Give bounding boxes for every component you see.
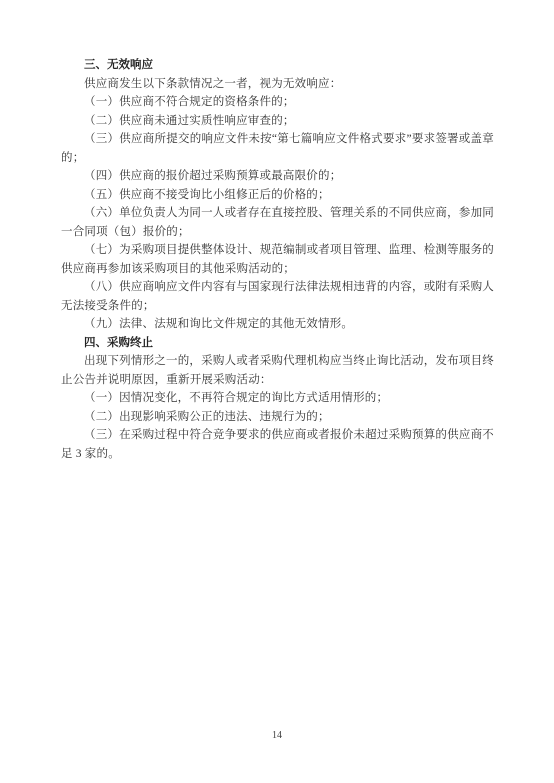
clause-item-3: （三）在采购过程中符合竞争要求的供应商或者报价未超过采购预算的供应商不足 3 家… xyxy=(61,426,494,463)
section-heading-invalid-response: 三、无效响应 xyxy=(61,56,494,75)
section-intro-paragraph: 出现下列情形之一的，采购人或者采购代理机构应当终止询比活动，发布项目终止公告并说… xyxy=(61,352,494,389)
document-page: 三、无效响应 供应商发生以下条款情况之一者，视为无效响应： （一）供应商不符合规… xyxy=(0,0,554,783)
clause-item-8: （八）供应商响应文件内容有与国家现行法律法规相违背的内容，或附有采购人无法接受条… xyxy=(61,278,494,315)
section-heading-procurement-termination: 四、采购终止 xyxy=(61,334,494,353)
document-content: 三、无效响应 供应商发生以下条款情况之一者，视为无效响应： （一）供应商不符合规… xyxy=(61,56,494,463)
clause-item-2: （二）供应商未通过实质性响应审查的； xyxy=(61,112,494,131)
section-intro-paragraph: 供应商发生以下条款情况之一者，视为无效响应： xyxy=(61,75,494,94)
clause-item-6: （六）单位负责人为同一人或者存在直接控股、管理关系的不同供应商，参加同一合同项（… xyxy=(61,204,494,241)
clause-item-3: （三）供应商所提交的响应文件未按“第七篇响应文件格式要求”要求签署或盖章的； xyxy=(61,130,494,167)
page-number: 14 xyxy=(0,730,554,742)
clause-item-4: （四）供应商的报价超过采购预算或最高限价的； xyxy=(61,167,494,186)
clause-item-5: （五）供应商不接受询比小组修正后的价格的； xyxy=(61,186,494,205)
clause-item-2: （二）出现影响采购公正的违法、违规行为的； xyxy=(61,408,494,427)
clause-item-1: （一）供应商不符合规定的资格条件的； xyxy=(61,93,494,112)
clause-item-7: （七）为采购项目提供整体设计、规范编制或者项目管理、监理、检测等服务的供应商再参… xyxy=(61,241,494,278)
clause-item-1: （一）因情况变化，不再符合规定的询比方式适用情形的； xyxy=(61,389,494,408)
clause-item-9: （九）法律、法规和询比文件规定的其他无效情形。 xyxy=(61,315,494,334)
